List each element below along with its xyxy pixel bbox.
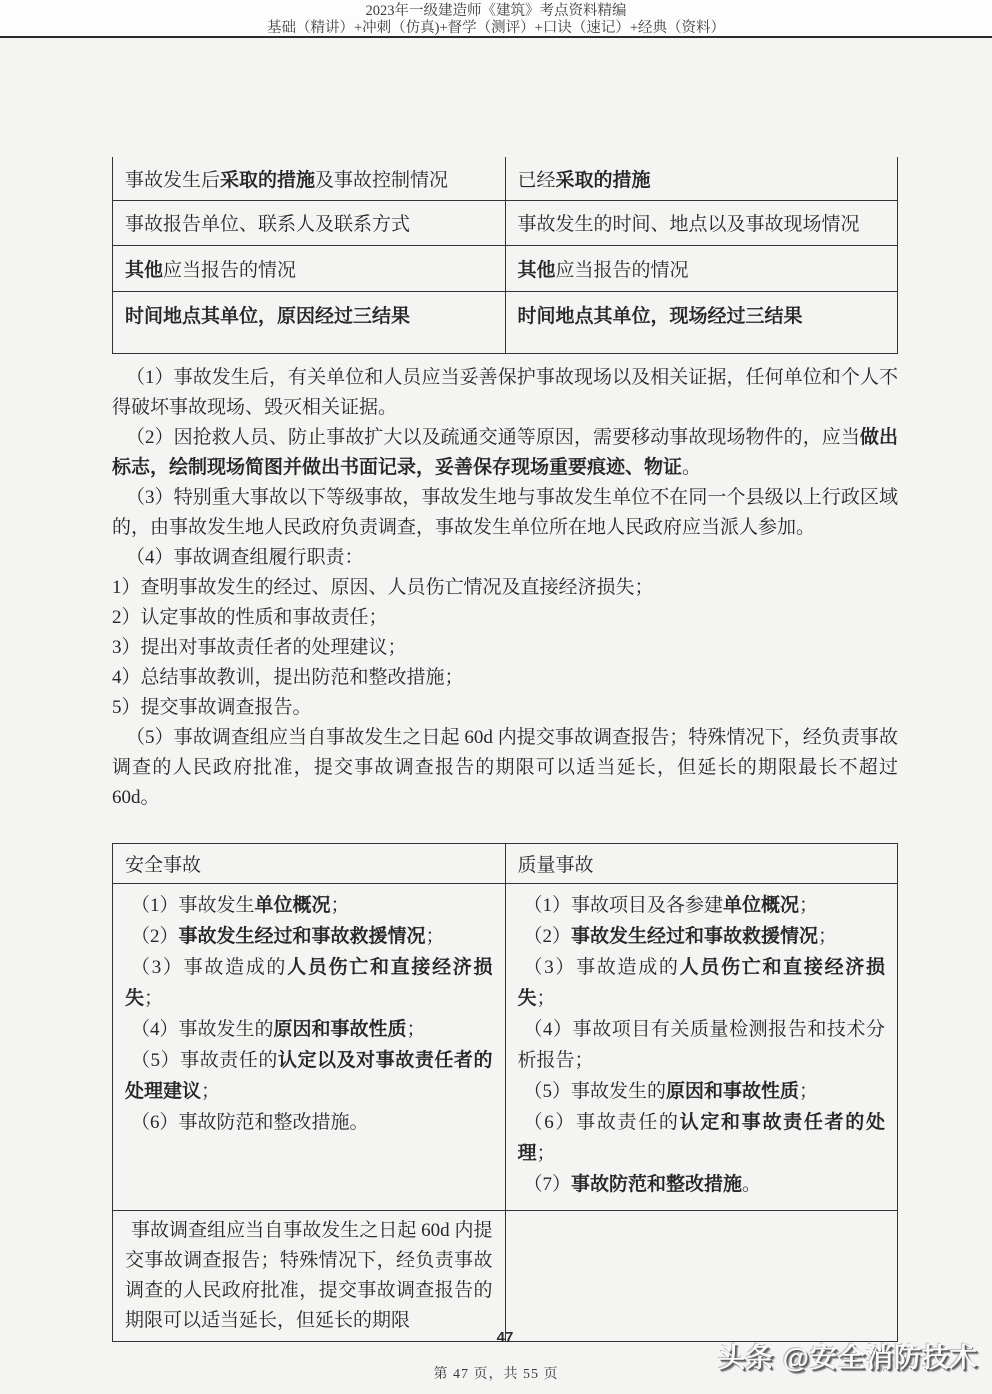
- list-item: （3）事故造成的人员伤亡和直接经济损失；: [518, 952, 886, 1014]
- list-item: （2）事故发生经过和事故救援情况；: [518, 921, 886, 952]
- list-item: （2）事故发生经过和事故救援情况；: [125, 921, 493, 952]
- empty-cell: [505, 1211, 898, 1342]
- table-cell: 事故报告单位、联系人及联系方式: [113, 200, 506, 245]
- table-row: 事故报告单位、联系人及联系方式 事故发生的时间、地点以及事故现场情况: [113, 200, 898, 245]
- list-item: （4）事故发生的原因和事故性质；: [125, 1014, 493, 1045]
- table-header-row: 安全事故 质量事故: [113, 844, 898, 884]
- paragraph: （5）事故调查组应当自事故发生之日起 60d 内提交事故调查报告；特殊情况下，经…: [112, 723, 898, 813]
- paragraph: （2）因抢救人员、防止事故扩大以及疏通交通等原因，需要移动事故现场物件的，应当做…: [112, 423, 898, 483]
- paragraph: （3）特别重大事故以下等级事故，事故发生地与事故发生单位不在同一个县级以上行政区…: [112, 483, 898, 543]
- table-row: 时间地点其单位，原因经过三结果 时间地点其单位，现场经过三结果: [113, 291, 898, 353]
- watermark: 头条 @安全消防技术: [718, 1336, 978, 1375]
- column-header-safety: 安全事故: [113, 844, 506, 884]
- table-cell: 其他应当报告的情况: [113, 245, 506, 291]
- list-item: （1）事故项目及各参建单位概况；: [518, 890, 886, 921]
- list-item: （1）事故发生单位概况；: [125, 890, 493, 921]
- list-item: （7）事故防范和整改措施。: [518, 1169, 886, 1200]
- list-item: （5）事故发生的原因和事故性质；: [518, 1076, 886, 1107]
- table-cell: 其他应当报告的情况: [505, 245, 898, 291]
- mnemonic-cell: 时间地点其单位，现场经过三结果: [505, 291, 898, 353]
- mnemonic-cell: 时间地点其单位，原因经过三结果: [113, 291, 506, 353]
- numbered-item: 5）提交事故调查报告。: [112, 693, 898, 723]
- body-paragraphs: （1）事故发生后，有关单位和人员应当妥善保护事故现场以及相关证据，任何单位和个人…: [112, 363, 898, 813]
- table-cell: 事故发生的时间、地点以及事故现场情况: [505, 200, 898, 245]
- deadline-note-cell: 事故调查组应当自事故发生之日起 60d 内提交事故调查报告；特殊情况下，经负责事…: [113, 1211, 506, 1342]
- list-item: （3）事故造成的人员伤亡和直接经济损失；: [125, 952, 493, 1014]
- accident-report-comparison-table: 安全事故 质量事故 （1）事故发生单位概况； （2）事故发生经过和事故救援情况；…: [112, 843, 898, 1342]
- quality-report-items-cell: （1）事故项目及各参建单位概况； （2）事故发生经过和事故救援情况； （3）事故…: [505, 884, 898, 1211]
- page-header: 2023年一级建造师《建筑》考点资料精编 基础（精讲）+冲刺（仿真)+督学（测评…: [0, 0, 992, 38]
- table-cell: 事故发生后采取的措施及事故控制情况: [113, 157, 506, 200]
- table-row: 事故调查组应当自事故发生之日起 60d 内提交事故调查报告；特殊情况下，经负责事…: [113, 1211, 898, 1342]
- table-row: （1）事故发生单位概况； （2）事故发生经过和事故救援情况； （3）事故造成的人…: [113, 884, 898, 1211]
- table-cell: 已经采取的措施: [505, 157, 898, 200]
- safety-report-items-cell: （1）事故发生单位概况； （2）事故发生经过和事故救援情况； （3）事故造成的人…: [113, 884, 506, 1211]
- report-items-table: 事故发生后采取的措施及事故控制情况 已经采取的措施 事故报告单位、联系人及联系方…: [112, 157, 898, 354]
- numbered-item: 2）认定事故的性质和事故责任；: [112, 603, 898, 633]
- paragraph: （1）事故发生后，有关单位和人员应当妥善保护事故现场以及相关证据，任何单位和个人…: [112, 363, 898, 423]
- header-subtitle: 基础（精讲）+冲刺（仿真)+督学（测评）+口诀（速记）+经典（资料）: [0, 20, 992, 36]
- numbered-item: 4）总结事故教训，提出防范和整改措施；: [112, 663, 898, 693]
- list-item: （6）事故责任的认定和事故责任者的处理；: [518, 1107, 886, 1169]
- numbered-item: 1）查明事故发生的经过、原因、人员伤亡情况及直接经济损失；: [112, 573, 898, 603]
- numbered-item: 3）提出对事故责任者的处理建议；: [112, 633, 898, 663]
- paragraph: （4）事故调查组履行职责：: [112, 543, 898, 573]
- list-item: （5）事故责任的认定以及对事故责任者的处理建议；: [125, 1045, 493, 1107]
- header-title: 2023年一级建造师《建筑》考点资料精编: [0, 0, 992, 20]
- table-row: 其他应当报告的情况 其他应当报告的情况: [113, 245, 898, 291]
- paragraph: 事故调查组应当自事故发生之日起 60d 内提交事故调查报告；特殊情况下，经负责事…: [125, 1216, 493, 1336]
- column-header-quality: 质量事故: [505, 844, 898, 884]
- list-item: （6）事故防范和整改措施。: [125, 1107, 493, 1138]
- table-row: 事故发生后采取的措施及事故控制情况 已经采取的措施: [113, 157, 898, 200]
- list-item: （4）事故项目有关质量检测报告和技术分析报告；: [518, 1014, 886, 1076]
